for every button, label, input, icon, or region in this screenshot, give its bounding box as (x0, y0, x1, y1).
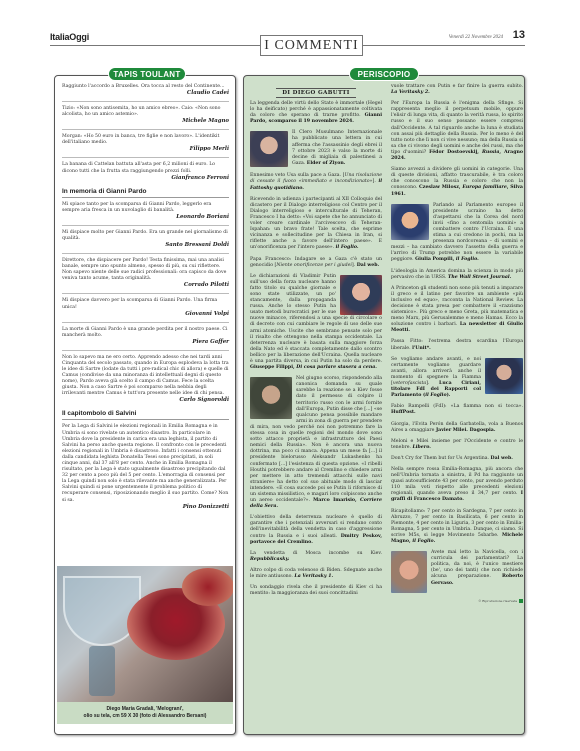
memoria-entry: Mi spiace tanto per la scomparsa di Gian… (62, 202, 229, 221)
painting-caption: Diego Maria Gradali, 'Melograni', olio s… (57, 702, 233, 724)
periscopio-item: Papa Francesco: Indagare se a Gaza c'è s… (250, 257, 382, 269)
salvini-entry: Per la Lega di Salvini le elezioni regio… (62, 424, 229, 510)
entry-author: Filippo Merli (62, 146, 229, 153)
section-title: I COMMENTI (260, 35, 363, 56)
memoria-entry: Mi dispiace davvero per la scomparsa di … (62, 298, 229, 317)
lollobrigida-photo (485, 358, 523, 394)
salvini-heading: Il capitombolo di Salvini (62, 410, 229, 420)
periscopio-item: Parlando al Parlamento europeo il presid… (391, 203, 523, 264)
periscopio-text: L'obiettivo della deterrenza nucleare è … (250, 515, 382, 544)
entry-text: Mi dispiace davvero per la scomparsa di … (62, 298, 217, 309)
periscopio-text: Nella sempre rossa Emilia-Romagna, più a… (391, 467, 523, 502)
page-number: 13 (513, 29, 525, 41)
periscopio-text: Ennesimo veto Usa sulla pace a Gaza. [Un… (250, 173, 382, 190)
entry-text: Tizio: «Non sono antisemita, ho un amico… (62, 106, 220, 117)
periscopio-item: Le dichiarazioni di Vladimir Putin sull'… (250, 274, 382, 372)
glass-stem-shape (89, 646, 115, 696)
periscopio-item: Nel giugno scorso, rispondendo alla cano… (250, 376, 382, 510)
periscopio-item: Ricapitoliamo: 7 per cento in Sardegna, … (391, 509, 523, 546)
periscopio-text: Passa Fitto: l'estrema destra scardina l… (391, 339, 523, 350)
divider (62, 322, 229, 323)
divider (62, 101, 229, 102)
tapis-entry: La banana di Cattelan battuta all'asta p… (62, 162, 229, 181)
tapis-toulant-label: TAPIS TOULANT (108, 67, 186, 81)
periscopio-column: PERISCOPIO DI DIEGO GABUTTI La leggenda … (243, 75, 525, 735)
periscopio-item: La leggenda delle virtù dello Stato è im… (250, 101, 382, 125)
periscopio-subcolumn-right: vuole trattare con Putin e far finire la… (391, 84, 523, 603)
entry-text: La morte di Gianni Pardo è una grande pe… (62, 327, 227, 338)
periscopio-item: Altro colpo di coda velenoso di Biden. S… (250, 568, 382, 580)
memoria-entry: La morte di Gianni Pardo è una grande pe… (62, 327, 229, 346)
periscopio-text: Altro colpo di coda velenoso di Biden. S… (250, 568, 382, 579)
tapis-entry: Raggiunto l'accordo a Bruxelles. Ora toc… (62, 84, 229, 97)
trump-photo (391, 204, 429, 240)
divider (62, 293, 229, 294)
periscopio-text: La vendetta di Mosca incombe su Kiev. Re… (250, 551, 382, 562)
tapis-entry: Morgan: «Ho 50 euro in banca, tre figlie… (62, 134, 229, 153)
entry-text: Raggiunto l'accordo a Bruxelles. Ora toc… (62, 84, 224, 89)
entry-author: Gianfranco Ferroni (62, 175, 229, 182)
entry-text: Non lo sapevo ma ne ero certo. Apprendo … (62, 355, 229, 397)
entry-author: Carlo Signoroldi (62, 397, 229, 404)
periscopio-text: A Princeton gli studenti non sono più te… (391, 286, 523, 334)
periscopio-item: La vendetta di Mosca incombe su Kiev. Re… (250, 551, 382, 563)
entry-author: Santo Bressani Doldi (62, 242, 229, 249)
periscopio-item: A Princeton gli studenti non sono più te… (391, 286, 523, 335)
periscopio-text: vuole trattare con Putin e far finire la… (391, 84, 523, 95)
periscopio-item: L'obiettivo della deterrenza nucleare è … (250, 515, 382, 545)
netanyahu-photo (250, 131, 288, 167)
caption-line: olio su tela, cm 59 X 30 (foto di Alessa… (57, 713, 233, 720)
periscopio-item: Ricevendo in udienza i partecipanti al X… (250, 197, 382, 252)
divider (62, 225, 229, 226)
issue-date: Venerdì 22 Novembre 2024 (449, 35, 503, 40)
divider (62, 253, 229, 254)
entry-author: Leonardo Boriani (62, 214, 229, 221)
tapis-entry: Tizio: «Non sono antisemita, ho un amico… (62, 106, 229, 125)
periscopio-text: Ricapitoliamo: 7 per cento in Sardegna, … (391, 509, 523, 544)
tapis-toulant-entries: Raggiunto l'accordo a Bruxelles. Ora toc… (55, 76, 235, 511)
periscopio-text: Papa Francesco: Indagare se a Gaza c'è s… (250, 257, 382, 268)
periscopio-label: PERISCOPIO (349, 67, 419, 81)
masthead: ItaliaOggi I COMMENTI Venerdì 22 Novembr… (50, 28, 525, 58)
periscopio-item: Il Clero Musulmano Internazionale ha pub… (250, 130, 382, 168)
entry-text: Mi dispiace molto per Gianni Pardo. Era … (62, 230, 228, 241)
memoria-heading: In memoria di Gianni Pardo (62, 188, 229, 198)
end-mark-icon (519, 599, 523, 603)
periscopio-text: Siamo avvezzi a dividere gli uomini in c… (391, 167, 523, 196)
memoria-entry: Non lo sapevo ma ne ero certo. Apprendo … (62, 355, 229, 405)
entry-text: Mi spiace tanto per la scomparsa di Gian… (62, 202, 211, 213)
entry-author: Claudio Cadei (62, 90, 229, 97)
periscopio-item: Ennesimo veto Usa sulla pace a Gaza. [Un… (250, 173, 382, 191)
periscopio-item: Passa Fitto: l'estrema destra scardina l… (391, 339, 523, 351)
periscopio-item: vuole trattare con Putin e far finire la… (391, 84, 523, 96)
entry-text: La banana di Cattelan battuta all'asta p… (62, 162, 215, 173)
pomegranate-shape (182, 568, 233, 606)
periscopio-item: Se vogliamo andare avanti, e noi certame… (391, 357, 523, 400)
periscopio-item: Meloni e Milei insieme per l'Occidente e… (391, 439, 523, 451)
entry-author: Michele Magno (62, 118, 229, 125)
divider (62, 350, 229, 351)
reproduction-notice: © Riproduzione riservata (391, 599, 523, 603)
periscopio-text: Un sondaggio rivela che il presidente di… (250, 585, 382, 596)
putin-photo (340, 275, 382, 315)
brand-logo: ItaliaOggi (50, 32, 89, 42)
periscopio-item: Avete mai letto la Navicella, con i curr… (391, 550, 523, 594)
painting-figure: Diego Maria Gradali, 'Melograni', olio s… (57, 566, 233, 729)
painting-image (57, 566, 233, 702)
periscopio-text: Se vogliamo andare avanti, e noi certame… (391, 357, 481, 399)
periscopio-text: Per l'Europa la Russia è l'enigma della … (391, 101, 523, 161)
periscopio-text: Il Clero Musulmano Internazionale ha pub… (292, 130, 382, 165)
byline: DI DIEGO GABUTTI (276, 88, 356, 98)
gervaso-photo (391, 551, 427, 593)
periscopio-text: L'ideologia in America domina la scienza… (391, 269, 523, 280)
periscopio-item: Don't Cry for Them but for Us Argentina.… (391, 456, 523, 462)
periscopio-text: Avete mai letto la Navicella, con i curr… (431, 550, 523, 585)
periscopio-subcolumn-left: DI DIEGO GABUTTI La leggenda delle virtù… (250, 84, 382, 602)
entry-text: Morgan: «Ho 50 euro in banca, tre figlie… (62, 134, 219, 145)
periscopio-item: Nella sempre rossa Emilia-Romagna, più a… (391, 467, 523, 504)
periscopio-text: Don't Cry for Them but for Us Argentina.… (391, 456, 513, 461)
entry-author: Corrado Pilotti (62, 282, 229, 289)
divider (62, 157, 229, 158)
periscopio-text: La leggenda delle virtù dello Stato è im… (250, 101, 382, 124)
memoria-entry: Mi dispiace molto per Gianni Pardo. Era … (62, 230, 229, 249)
periscopio-text: Fabio Rampelli (FdI): «La fiamma non si … (391, 404, 523, 415)
periscopio-item: Fabio Rampelli (FdI): «La fiamma non si … (391, 404, 523, 416)
tapis-toulant-column: TAPIS TOULANT Raggiunto l'accordo a Brux… (54, 75, 236, 735)
entry-author: Piera Gaffer (62, 339, 229, 346)
salvini-author: Pino Donizzetti (62, 504, 229, 511)
periscopio-text: Giorgia, l'Evita Perón della Garbatella,… (391, 422, 523, 433)
periscopio-item: Giorgia, l'Evita Perón della Garbatella,… (391, 422, 523, 434)
divider (62, 129, 229, 130)
entry-author: Giovanni Volpi (62, 311, 229, 318)
periscopio-item: Un sondaggio rivela che il presidente di… (250, 585, 382, 597)
memoria-entry: Direttore, che dispiacere per Pardo! Tes… (62, 258, 229, 289)
entry-text: Direttore, che dispiacere per Pardo! Tes… (62, 258, 226, 281)
periscopio-item: Siamo avvezzi a dividere gli uomini in c… (391, 167, 523, 197)
salvini-text: Per la Lega di Salvini le elezioni regio… (62, 424, 228, 502)
periscopio-item: Per l'Europa la Russia è l'enigma della … (391, 101, 523, 162)
zelensky-photo (250, 377, 292, 419)
periscopio-item: L'ideologia in America domina la scienza… (391, 269, 523, 281)
caption-line: Diego Maria Gradali, 'Melograni', (57, 706, 233, 713)
periscopio-text: Ricevendo in udienza i partecipanti al X… (250, 197, 382, 251)
periscopio-text: Meloni e Milei insieme per l'Occidente e… (391, 439, 523, 450)
reproduction-text: © Riproduzione riservata (478, 599, 517, 603)
